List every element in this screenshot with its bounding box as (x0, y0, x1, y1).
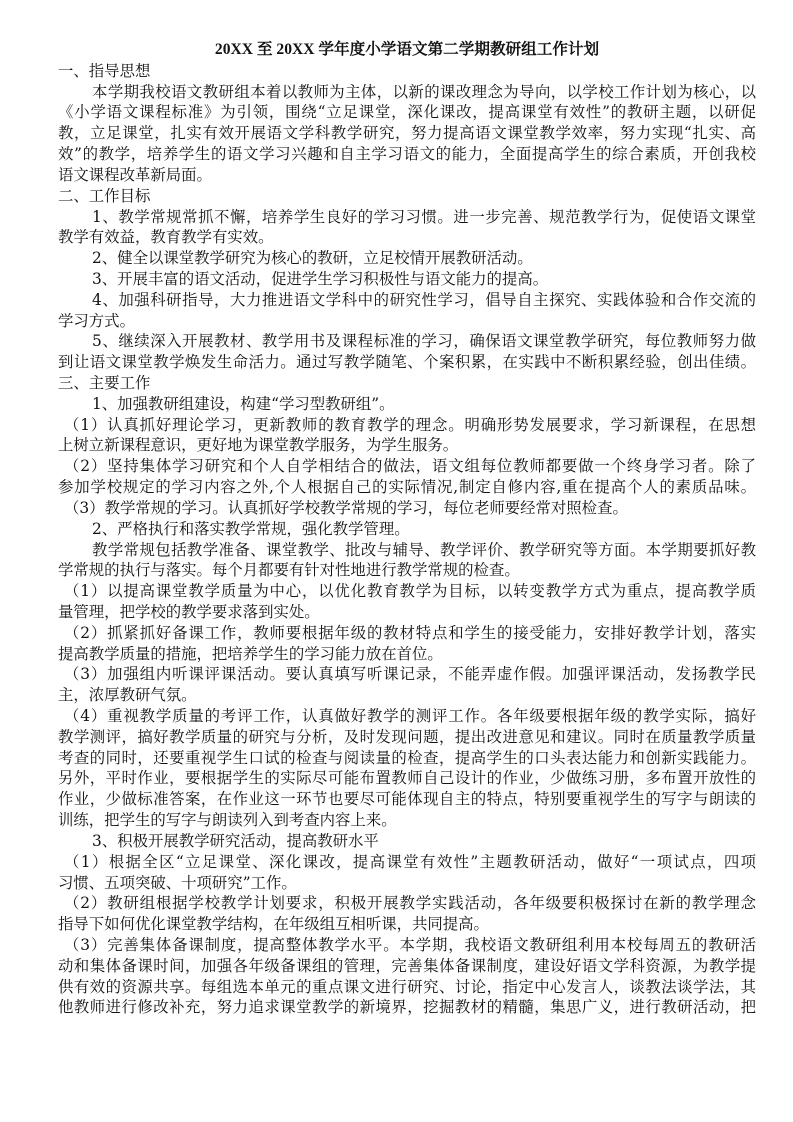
paragraph-line: 3、开展丰富的语文活动，促进学生学习积极性与语文能力的提高。 (58, 269, 756, 290)
section-guiding-ideology: 一、指导思想 本学期我校语文教研组本着以教师为主体，以新的课改理念为导向，以学校… (58, 61, 756, 186)
subheading-line: 2、严格执行和落实教学常规，强化教学管理。 (58, 519, 756, 540)
paragraph-line: 效”的教学，培养学生的语文学习兴趣和自主学习语文的能力，全面提高学生的综合素质，… (58, 144, 756, 165)
paragraph-line: （1）认真抓好理论学习，更新教师的教育教学的理念。明确形势发展要求，学习新课程，… (58, 415, 756, 436)
paragraph-line: 教学常规包括教学准备、课堂教学、批改与辅导、教学评价、教学研究等方面。本学期要抓… (58, 540, 756, 561)
paragraph-line: （3）加强组内听课评课活动。要认真填写听课记录，不能弄虚作假。加强评课活动，发扬… (58, 664, 756, 685)
paragraph: 本学期我校语文教研组本着以教师为主体，以新的课改理念为导向，以学校工作计划为核心… (58, 82, 756, 186)
paragraph-line: 习惯、五项突破、十项研究”工作。 (58, 873, 756, 894)
paragraph-line: 训练，把学生的写字与朗读列入到考查内容上来。 (58, 810, 756, 831)
paragraph-line: 学习方式。 (58, 311, 756, 332)
paragraph: 教学常规包括教学准备、课堂教学、批改与辅导、教学评价、教学研究等方面。本学期要抓… (58, 540, 756, 582)
paragraph-line: （3）教学常规的学习。认真抓好学校教学常规的学习，每位老师要经常对照检查。 (58, 498, 756, 519)
document-page: 20XX 至 20XX 学年度小学语文第二学期教研组工作计划 一、指导思想 本学… (0, 0, 793, 1122)
section-heading: 三、主要工作 (58, 373, 756, 394)
paragraph-line: 学常规的执行与落实。每个月都要有针对性地进行教学常规的检查。 (58, 560, 756, 581)
paragraph-line: （2）抓紧抓好备课工作，教师要根据年级的教材特点和学生的接受能力，安排好教学计划… (58, 623, 756, 644)
paragraph-line: 到让语文课堂教学焕发生命活力。通过写教学随笔、个案积累，在实践中不断积累经验，创… (58, 352, 756, 373)
goal-item: 2、健全以课堂教学研究为核心的教研，立足校情开展教研活动。 (58, 248, 756, 269)
numbered-item: （3）完善集体备课制度，提高整体教学水平。本学期，我校语文教研组利用本校每周五的… (58, 935, 756, 1018)
numbered-item: （2）抓紧抓好备课工作，教师要根据年级的教材特点和学生的接受能力，安排好教学计划… (58, 623, 756, 665)
paragraph-line: （2）坚持集体学习研究和个人自学相结合的做法，语文组每位教师都要做一个终身学习者… (58, 456, 756, 477)
paragraph-line: 5、继续深入开展教材、教学用书及课程标准的学习，确保语文课堂教学研究，每位教师努… (58, 331, 756, 352)
numbered-item: （1）认真抓好理论学习，更新教师的教育教学的理念。明确形势发展要求，学习新课程，… (58, 415, 756, 457)
paragraph-line: （1）以提高课堂教学质量为中心，以优化教育教学为目标，以转变教学方式为重点，提高… (58, 581, 756, 602)
goal-item: 1、教学常规常抓不懈，培养学生良好的学习习惯。进一步完善、规范教学行为，促使语文… (58, 207, 756, 249)
numbered-item: （2）教研组根据学校教学计划要求，积极开展教学实践活动，各年级要积极探讨在新的教… (58, 893, 756, 935)
paragraph-line: 4、加强科研指导，大力推进语文学科中的研究性学习，倡导自主探究、实践体验和合作交… (58, 290, 756, 311)
numbered-item: （4）重视教学质量的考评工作，认真做好教学的测评工作。各年级要根据年级的教学实际… (58, 706, 756, 831)
paragraph-line: 他教师进行修改补充，努力追求课堂教学的新境界，挖掘教材的精髓，集思广义，进行教研… (58, 997, 756, 1018)
paragraph-line: 作业，少做标准答案，在作业这一环节也要尽可能体现自主的特点，特别要重视学生的写字… (58, 789, 756, 810)
goal-item: 3、开展丰富的语文活动，促进学生学习积极性与语文能力的提高。 (58, 269, 756, 290)
paragraph-line: 另外，平时作业，要根据学生的实际尽可能布置教师自己设计的作业，少做练习册，多布置… (58, 768, 756, 789)
paragraph-line: 教学测评，搞好教学质量的研究与分析，及时发现问题，提出改进意见和建议。同时在质量… (58, 727, 756, 748)
goal-item: 4、加强科研指导，大力推进语文学科中的研究性学习，倡导自主探究、实践体验和合作交… (58, 290, 756, 332)
paragraph-line: （4）重视教学质量的考评工作，认真做好教学的测评工作。各年级要根据年级的教学实际… (58, 706, 756, 727)
paragraph-line: 参加学校规定的学习内容之外,个人根据自己的实际情况,制定自修内容,重在提高个人的… (58, 477, 756, 498)
subheading: 2、严格执行和落实教学常规，强化教学管理。 (58, 519, 756, 540)
document-title: 20XX 至 20XX 学年度小学语文第二学期教研组工作计划 (58, 40, 756, 61)
paragraph-line: 动和集体备课时间，加强各年级备课组的管理，完善集体备课制度，建设好语文学科资源，… (58, 956, 756, 977)
numbered-item: （3）加强组内听课评课活动。要认真填写听课记录，不能弄虚作假。加强评课活动，发扬… (58, 664, 756, 706)
paragraph-line: 量管理，把学校的教学要求落到实处。 (58, 602, 756, 623)
paragraph-line: 指导下如何优化课堂教学结构，在年级组互相听课，共同提高。 (58, 914, 756, 935)
subheading: 3、积极开展教学研究活动，提高教研水平 (58, 831, 756, 852)
subheading-line: 3、积极开展教学研究活动，提高教研水平 (58, 831, 756, 852)
paragraph-line: （2）教研组根据学校教学计划要求，积极开展教学实践活动，各年级要积极探讨在新的教… (58, 893, 756, 914)
paragraph-line: 考查的同时，还要重视学生口试的检查与阅读量的检查，提高学生的口头表达能力和创新实… (58, 748, 756, 769)
document-body: 20XX 至 20XX 学年度小学语文第二学期教研组工作计划 一、指导思想 本学… (58, 40, 756, 1018)
paragraph-line: （3）完善集体备课制度，提高整体教学水平。本学期，我校语文教研组利用本校每周五的… (58, 935, 756, 956)
paragraph-line: 教，立足课堂，扎实有效开展语文学科教学研究，努力提高语文课堂教学效率，努力实现“… (58, 123, 756, 144)
paragraph-line: 语文课程改革新局面。 (58, 165, 756, 186)
goal-item: 5、继续深入开展教材、教学用书及课程标准的学习，确保语文课堂教学研究，每位教师努… (58, 331, 756, 373)
paragraph-line: 供有效的资源共享。每组选本单元的重点课文进行研究、讨论，指定中心发言人，谈教法谈… (58, 977, 756, 998)
numbered-item: （1）以提高课堂教学质量为中心，以优化教育教学为目标，以转变教学方式为重点，提高… (58, 581, 756, 623)
paragraph-line: （1）根据全区“立足课堂、深化课改，提高课堂有效性”主题教研活动，做好“一项试点… (58, 852, 756, 873)
paragraph-line: 本学期我校语文教研组本着以教师为主体，以新的课改理念为导向，以学校工作计划为核心… (58, 82, 756, 103)
paragraph-line: 上树立新课程意识，更好地为课堂教学服务，为学生服务。 (58, 435, 756, 456)
subheading-line: 1、加强教研组建设，构建“学习型教研组”。 (58, 394, 756, 415)
numbered-item: （1）根据全区“立足课堂、深化课改，提高课堂有效性”主题教研活动，做好“一项试点… (58, 852, 756, 894)
paragraph-line: 《小学语文课程标准》为引领，围绕“立足课堂，深化课改，提高课堂有效性”的教研主题… (58, 102, 756, 123)
paragraph-line: 主，浓厚教研气氛。 (58, 685, 756, 706)
numbered-item: （2）坚持集体学习研究和个人自学相结合的做法，语文组每位教师都要做一个终身学习者… (58, 456, 756, 498)
section-heading: 一、指导思想 (58, 61, 756, 82)
paragraph-line: 2、健全以课堂教学研究为核心的教研，立足校情开展教研活动。 (58, 248, 756, 269)
section-main-work: 三、主要工作 1、加强教研组建设，构建“学习型教研组”。 （1）认真抓好理论学习… (58, 373, 756, 1018)
section-work-goals: 二、工作目标 1、教学常规常抓不懈，培养学生良好的学习习惯。进一步完善、规范教学… (58, 186, 756, 373)
paragraph-line: 教学有效益，教育教学有实效。 (58, 227, 756, 248)
subheading: 1、加强教研组建设，构建“学习型教研组”。 (58, 394, 756, 415)
paragraph-line: 1、教学常规常抓不懈，培养学生良好的学习习惯。进一步完善、规范教学行为，促使语文… (58, 207, 756, 228)
paragraph-line: 提高教学质量的措施，把培养学生的学习能力放在首位。 (58, 644, 756, 665)
numbered-item: （3）教学常规的学习。认真抓好学校教学常规的学习，每位老师要经常对照检查。 (58, 498, 756, 519)
section-heading: 二、工作目标 (58, 186, 756, 207)
